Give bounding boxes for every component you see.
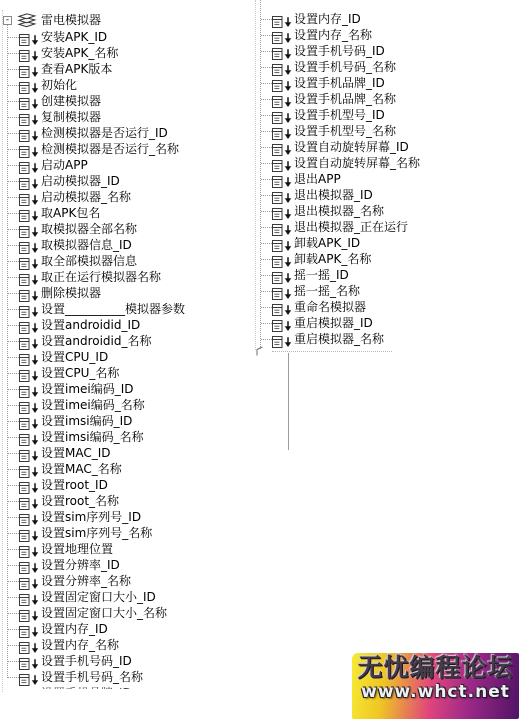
down-arrow-icon xyxy=(31,575,39,587)
tree-item[interactable]: 安装APK_ID xyxy=(0,29,260,45)
command-icon xyxy=(19,79,30,91)
command-icon xyxy=(19,511,30,523)
tree-item[interactable]: 取正在运行模拟器名称 xyxy=(0,269,260,285)
tree-item[interactable]: 设置手机品牌_ID xyxy=(253,75,513,91)
tree-item-label: 设置自动旋转屏幕_名称 xyxy=(294,156,420,170)
command-icon xyxy=(19,479,30,491)
command-icon xyxy=(19,95,30,107)
tree-connector-line xyxy=(8,661,19,662)
tree-item[interactable]: 设置CPU_名称 xyxy=(0,365,260,381)
down-arrow-icon xyxy=(284,189,292,201)
tree-item[interactable]: 退出模拟器_名称 xyxy=(253,203,513,219)
down-arrow-icon xyxy=(284,109,292,121)
command-icon xyxy=(272,237,283,249)
down-arrow-icon xyxy=(31,623,39,635)
tree-connector-line xyxy=(8,517,19,518)
tree-item-label: 重启模拟器_ID xyxy=(294,316,373,330)
tree-item[interactable]: 退出APP xyxy=(253,171,513,187)
down-arrow-icon xyxy=(31,143,39,155)
tree-item[interactable]: 设置分辨率_ID xyxy=(0,557,260,573)
tree-item-label: 设置固定窗口大小_名称 xyxy=(41,606,167,620)
tree-item-label: 安装APK_ID xyxy=(41,30,107,44)
tree-item[interactable]: 重启模拟器_名称 xyxy=(253,331,513,347)
tree-item-label: 退出模拟器_名称 xyxy=(294,204,384,218)
down-arrow-icon xyxy=(31,543,39,555)
tree-item-label: 设置内存_名称 xyxy=(294,28,372,42)
command-icon xyxy=(272,333,283,345)
tree-item[interactable]: 设置自动旋转屏幕_名称 xyxy=(253,155,513,171)
tree-item[interactable]: 设置内存_名称 xyxy=(0,637,260,653)
down-arrow-icon xyxy=(31,607,39,619)
tree-item[interactable]: 设置root_ID xyxy=(0,477,260,493)
tree-item-label: 重启模拟器_名称 xyxy=(294,332,384,346)
command-icon xyxy=(272,93,283,105)
down-arrow-icon xyxy=(31,79,39,91)
tree-root-label: 雷电模拟器 xyxy=(41,13,101,27)
tree-item-label: 取正在运行模拟器名称 xyxy=(41,270,161,284)
down-arrow-icon xyxy=(284,45,292,57)
tree-connector-line xyxy=(261,195,272,196)
command-icon xyxy=(19,655,30,667)
down-arrow-icon xyxy=(31,175,39,187)
down-arrow-icon xyxy=(284,301,292,313)
down-arrow-icon xyxy=(284,237,292,249)
tree-item-label: 设置自动旋转屏幕_ID xyxy=(294,140,409,154)
command-icon xyxy=(19,239,30,251)
tree-item[interactable]: 设置MAC_名称 xyxy=(0,461,260,477)
down-arrow-icon xyxy=(31,95,39,107)
tree-item[interactable]: 取模拟器信息_ID xyxy=(0,237,260,253)
tree-connector-line xyxy=(261,259,272,260)
tree-item[interactable]: 设置手机型号_ID xyxy=(253,107,513,123)
command-icon xyxy=(19,207,30,219)
tree-item[interactable]: 启动模拟器_ID xyxy=(0,173,260,189)
tree-item-label: 设置固定窗口大小_ID xyxy=(41,590,156,604)
tree-item[interactable]: 设置固定窗口大小_名称 xyxy=(0,605,260,621)
down-arrow-icon xyxy=(284,61,292,73)
down-arrow-icon xyxy=(284,221,292,233)
tree-connector-line xyxy=(261,131,272,132)
down-arrow-icon xyxy=(31,335,39,347)
command-icon xyxy=(19,639,30,651)
tree-connector-line xyxy=(8,213,19,214)
tree-item-label: 设置MAC_名称 xyxy=(41,462,122,476)
tree-connector-line xyxy=(8,181,19,182)
command-icon xyxy=(272,125,283,137)
tree-item-label: 查看APK版本 xyxy=(41,62,112,76)
command-icon xyxy=(19,543,30,555)
tree-item-label: 设置sim序列号_ID xyxy=(41,510,141,524)
tree-connector-line xyxy=(8,485,19,486)
down-arrow-icon xyxy=(31,239,39,251)
down-arrow-icon xyxy=(31,111,39,123)
down-arrow-icon xyxy=(31,319,39,331)
command-icon xyxy=(272,141,283,153)
tree-connector-line xyxy=(8,37,19,38)
command-icon xyxy=(19,159,30,171)
tree-item[interactable]: 设置内存_ID xyxy=(0,621,260,637)
tree-item[interactable]: 设置imsi编码_ID xyxy=(0,413,260,429)
tree-item-label: 设置root_ID xyxy=(41,478,108,492)
tree-item-partial: 设置手机品牌_ID xyxy=(0,685,260,689)
stitch-curl-mark xyxy=(255,342,264,353)
tree-connector-line xyxy=(8,533,19,534)
down-arrow-icon xyxy=(31,399,39,411)
tree-item[interactable]: 卸载APK_ID xyxy=(253,235,513,251)
tree-item[interactable]: 设置MAC_ID xyxy=(0,445,260,461)
tree-connector-line xyxy=(8,597,19,598)
command-icon xyxy=(19,607,30,619)
down-arrow-icon xyxy=(31,159,39,171)
down-arrow-icon xyxy=(31,415,39,427)
tree-item-label: 取全部模拟器信息 xyxy=(41,254,137,268)
tree-item[interactable]: 设置sim序列号_名称 xyxy=(0,525,260,541)
tree-item[interactable]: 设置手机号码_ID xyxy=(253,43,513,59)
tree-connector-line xyxy=(8,85,19,86)
tree-item-label: 设置手机品牌_ID xyxy=(294,76,385,90)
tree-item[interactable]: 启动模拟器_名称 xyxy=(0,189,260,205)
command-icon xyxy=(272,77,283,89)
down-arrow-icon xyxy=(31,591,39,603)
tree-item[interactable]: 摇一摇_ID xyxy=(253,267,513,283)
command-icon xyxy=(272,221,283,233)
down-arrow-icon xyxy=(284,29,292,41)
tree-connector-line xyxy=(8,325,19,326)
tree-connector-line xyxy=(8,149,19,150)
tree-connector-line xyxy=(261,99,272,100)
tree-item[interactable]: 设置CPU_ID xyxy=(0,349,260,365)
tree-item[interactable]: 设置内存_ID xyxy=(253,11,513,27)
command-icon xyxy=(19,383,30,395)
down-arrow-icon xyxy=(284,285,292,297)
down-arrow-icon xyxy=(31,527,39,539)
tree-item-label: 重命名模拟器 xyxy=(294,300,366,314)
tree-connector-line xyxy=(261,147,272,148)
tree-item[interactable]: 取APK包名 xyxy=(0,205,260,221)
tree-connector-line xyxy=(8,677,19,678)
tree-connector-line xyxy=(261,115,272,116)
stitch-dashed-line xyxy=(272,351,392,352)
tree-item[interactable]: 启动APP xyxy=(0,157,260,173)
tree-item-label: 退出模拟器_ID xyxy=(294,188,373,202)
tree-connector-line xyxy=(261,227,272,228)
command-icon xyxy=(272,173,283,185)
tree-item[interactable]: 摇一摇_名称 xyxy=(253,283,513,299)
tree-connector-line xyxy=(8,389,19,390)
tree-connector-line xyxy=(8,373,19,374)
tree-connector-line xyxy=(8,645,19,646)
tree-connector-line xyxy=(261,67,272,68)
tree-item-label: 删除模拟器 xyxy=(41,286,101,300)
tree-left-column: 安装APK_ID 安装APK_名称 xyxy=(0,29,260,685)
tree-item[interactable]: 设置imei编码_名称 xyxy=(0,397,260,413)
command-icon xyxy=(272,317,283,329)
stitch-vertical-line xyxy=(288,353,289,450)
command-icon xyxy=(272,253,283,265)
down-arrow-icon xyxy=(284,317,292,329)
tree-item[interactable]: 设置imsi编码_名称 xyxy=(0,429,260,445)
command-icon xyxy=(272,13,283,25)
tree-item[interactable]: 查看APK版本 xyxy=(0,61,260,77)
command-icon xyxy=(19,31,30,43)
tree-connector-line xyxy=(8,581,19,582)
command-icon xyxy=(19,127,30,139)
tree-item[interactable]: 设置imei编码_ID xyxy=(0,381,260,397)
command-icon xyxy=(19,191,30,203)
down-arrow-icon xyxy=(284,173,292,185)
command-icon xyxy=(19,623,30,635)
command-icon xyxy=(19,495,30,507)
tree-item[interactable]: 初始化 xyxy=(0,77,260,93)
tree-connector-line xyxy=(8,165,19,166)
command-icon xyxy=(19,287,30,299)
tree-item-label: 设置root_名称 xyxy=(41,494,119,508)
tree-item[interactable]: 检测模拟器是否运行_名称 xyxy=(0,141,260,157)
tree-item-label: 设置androidid_名称 xyxy=(41,334,152,348)
tree-connector-line xyxy=(8,629,19,630)
command-icon xyxy=(19,463,30,475)
tree-item-label: 初始化 xyxy=(41,78,77,92)
tree-item[interactable]: 安装APK_名称 xyxy=(0,45,260,61)
forum-watermark: 无忧编程论坛 www.whct.net xyxy=(352,653,519,719)
down-arrow-icon xyxy=(284,157,292,169)
down-arrow-icon xyxy=(31,271,39,283)
tree-item-label: 设置CPU_ID xyxy=(41,350,108,364)
command-icon xyxy=(19,271,30,283)
tree-item[interactable]: 退出模拟器_正在运行 xyxy=(253,219,513,235)
tree-connector-line xyxy=(261,323,272,324)
command-icon xyxy=(19,63,30,75)
down-arrow-icon xyxy=(31,463,39,475)
tree-item-label: 设置imsi编码_名称 xyxy=(41,430,144,444)
tree-connector-line xyxy=(261,307,272,308)
tree-item-label: 设置MAC_ID xyxy=(41,446,111,460)
tree-item-label: 启动模拟器_名称 xyxy=(41,190,131,204)
tree-item-label: 复制模拟器 xyxy=(41,110,101,124)
command-icon xyxy=(272,109,283,121)
tree-item-label: 摇一摇_ID xyxy=(294,268,349,282)
tree-connector-line xyxy=(8,405,19,406)
tree-connector-line xyxy=(261,35,272,36)
tree-connector-line xyxy=(8,101,19,102)
command-icon xyxy=(272,29,283,41)
down-arrow-icon xyxy=(284,77,292,89)
command-icon xyxy=(272,269,283,281)
tree-item-label: 创建模拟器 xyxy=(41,94,101,108)
tree-item-label: 设置手机号码_名称 xyxy=(294,60,396,74)
tree-connector-line xyxy=(8,341,19,342)
tree-item[interactable]: 设置androidid_名称 xyxy=(0,333,260,349)
tree-item[interactable]: 卸载APK_名称 xyxy=(253,251,513,267)
tree-connector-line xyxy=(8,549,19,550)
command-icon xyxy=(19,559,30,571)
tree-connector-line xyxy=(261,211,272,212)
command-icon xyxy=(19,143,30,155)
command-icon xyxy=(19,527,30,539)
tree-item[interactable]: 复制模拟器 xyxy=(0,109,260,125)
tree-item[interactable]: 取模拟器全部名称 xyxy=(0,221,260,237)
down-arrow-icon xyxy=(31,351,39,363)
tree-item-label: 设置imsi编码_ID xyxy=(41,414,132,428)
tree-connector-line xyxy=(8,245,19,246)
down-arrow-icon xyxy=(31,207,39,219)
tree-root-item[interactable]: - 雷电模拟器 xyxy=(0,12,260,29)
tree-item[interactable]: 设置自动旋转屏幕_ID xyxy=(253,139,513,155)
command-icon xyxy=(19,303,30,315)
tree-item[interactable]: 设置手机号码_名称 xyxy=(253,59,513,75)
tree-connector-line xyxy=(261,163,272,164)
down-arrow-icon xyxy=(31,431,39,443)
down-arrow-icon xyxy=(31,303,39,315)
tree-connector-line xyxy=(261,51,272,52)
tree-connector-line xyxy=(8,277,19,278)
tree-connector-line xyxy=(8,421,19,422)
tree-item-label: 启动模拟器_ID xyxy=(41,174,120,188)
tree-connector-line xyxy=(8,53,19,54)
down-arrow-icon xyxy=(284,125,292,137)
down-arrow-icon xyxy=(284,13,292,25)
tree-connector-line xyxy=(8,565,19,566)
tree-item[interactable]: 取全部模拟器信息 xyxy=(0,253,260,269)
down-arrow-icon xyxy=(31,639,39,651)
tree-item[interactable]: 检测模拟器是否运行_ID xyxy=(0,125,260,141)
tree-item-label: 设置手机型号_名称 xyxy=(294,124,396,138)
tree-item[interactable]: 设置androidid_ID xyxy=(0,317,260,333)
command-icon xyxy=(19,47,30,59)
tree-connector-line xyxy=(261,275,272,276)
tree-connector-line xyxy=(8,469,19,470)
tree-connector-line xyxy=(261,243,272,244)
tree-right-column: 设置内存_ID 设置内存_名称 xyxy=(253,11,513,347)
tree-item[interactable]: 设置root_名称 xyxy=(0,493,260,509)
down-arrow-icon xyxy=(284,333,292,345)
tree-connector-line xyxy=(8,309,19,310)
tree-item[interactable]: 设置sim序列号_ID xyxy=(0,509,260,525)
tree-item-label: 安装APK_名称 xyxy=(41,46,118,60)
down-arrow-icon xyxy=(31,559,39,571)
tree-item[interactable]: 设置固定窗口大小_ID xyxy=(0,589,260,605)
tree-item[interactable]: 重命名模拟器 xyxy=(253,299,513,315)
tree-item-label: 设置分辨率_ID xyxy=(41,558,120,572)
command-icon xyxy=(19,255,30,267)
tree-connector-line xyxy=(8,501,19,502)
tree-item-label: 设置手机品牌_ID xyxy=(41,686,132,689)
command-icon xyxy=(272,301,283,313)
tree-item-label: 设置手机号码_ID xyxy=(41,654,132,668)
tree-connector-line xyxy=(8,453,19,454)
tree-connector-line xyxy=(8,69,19,70)
stacked-sheets-icon xyxy=(17,13,37,28)
down-arrow-icon xyxy=(31,479,39,491)
down-arrow-icon xyxy=(284,269,292,281)
tree-item[interactable]: 删除模拟器 xyxy=(0,285,260,301)
down-arrow-icon xyxy=(31,47,39,59)
down-arrow-icon xyxy=(31,447,39,459)
tree-item[interactable]: 退出模拟器_ID xyxy=(253,187,513,203)
tree-item-label: 取APK包名 xyxy=(41,206,100,220)
tree-connector-line xyxy=(8,197,19,198)
command-icon xyxy=(19,223,30,235)
down-arrow-icon xyxy=(31,495,39,507)
command-icon xyxy=(19,367,30,379)
down-arrow-icon xyxy=(31,255,39,267)
tree-item[interactable]: 设置手机品牌_名称 xyxy=(253,91,513,107)
tree-item-label: 退出模拟器_正在运行 xyxy=(294,220,408,234)
command-icon xyxy=(19,335,30,347)
tree-item-label: 设置手机型号_ID xyxy=(294,108,385,122)
down-arrow-icon xyxy=(284,141,292,153)
down-arrow-icon xyxy=(31,191,39,203)
command-icon xyxy=(19,319,30,331)
tree-item[interactable]: 设置手机号码_名称 xyxy=(0,669,260,685)
command-icon xyxy=(19,687,30,689)
command-icon xyxy=(19,175,30,187)
command-icon xyxy=(19,415,30,427)
tree-connector-line xyxy=(8,117,19,118)
tree-item-label: 取模拟器全部名称 xyxy=(41,222,137,236)
tree-item[interactable]: 设置内存_名称 xyxy=(253,27,513,43)
down-arrow-icon xyxy=(31,31,39,43)
command-icon xyxy=(19,671,30,683)
collapse-toggle-box[interactable]: - xyxy=(3,16,12,25)
tree-connector-line xyxy=(8,437,19,438)
down-arrow-icon xyxy=(31,655,39,667)
tree-connector-line xyxy=(8,261,19,262)
tree-connector-line xyxy=(8,229,19,230)
command-icon xyxy=(19,575,30,587)
command-icon xyxy=(272,157,283,169)
tree-item[interactable]: 创建模拟器 xyxy=(0,93,260,109)
down-arrow-icon xyxy=(31,287,39,299)
down-arrow-icon xyxy=(31,383,39,395)
tree-item-label: 检测模拟器是否运行_名称 xyxy=(41,142,179,156)
tree-item-label: 启动APP xyxy=(41,158,88,172)
tree-item-label: 设置内存_ID xyxy=(41,622,108,636)
command-icon xyxy=(272,205,283,217)
command-icon xyxy=(19,431,30,443)
tree-item-label: 卸载APK_名称 xyxy=(294,252,371,266)
tree-item[interactable]: 设置手机品牌_ID xyxy=(0,685,260,689)
tree-item[interactable]: 重启模拟器_ID xyxy=(253,315,513,331)
tree-item-label: 设置手机品牌_名称 xyxy=(294,92,396,106)
tree-connector-line xyxy=(8,293,19,294)
tree-item[interactable]: 设置手机号码_ID xyxy=(0,653,260,669)
tree-item-label: 设置内存_名称 xyxy=(41,638,119,652)
down-arrow-icon xyxy=(284,253,292,265)
down-arrow-icon xyxy=(284,93,292,105)
tree-item[interactable]: 设置__________模拟器参数 xyxy=(0,301,260,317)
command-icon xyxy=(19,111,30,123)
tree-item-label: 检测模拟器是否运行_ID xyxy=(41,126,168,140)
tree-connector-line xyxy=(8,357,19,358)
tree-connector-line xyxy=(261,291,272,292)
down-arrow-icon xyxy=(284,205,292,217)
tree-item-label: 退出APP xyxy=(294,172,341,186)
tree-item[interactable]: 设置地理位置 xyxy=(0,541,260,557)
command-icon xyxy=(19,399,30,411)
tree-connector-line xyxy=(261,339,272,340)
command-icon xyxy=(272,189,283,201)
tree-item-label: 设置imei编码_名称 xyxy=(41,398,145,412)
tree-item[interactable]: 设置手机型号_名称 xyxy=(253,123,513,139)
watermark-title: 无忧编程论坛 xyxy=(357,654,513,682)
tree-item[interactable]: 设置分辨率_名称 xyxy=(0,573,260,589)
down-arrow-icon xyxy=(31,671,39,683)
tree-item-label: 设置CPU_名称 xyxy=(41,366,119,380)
tree-item-label: 设置分辨率_名称 xyxy=(41,574,131,588)
tree-connector-line xyxy=(8,133,19,134)
tree-item-label: 设置手机号码_名称 xyxy=(41,670,143,684)
